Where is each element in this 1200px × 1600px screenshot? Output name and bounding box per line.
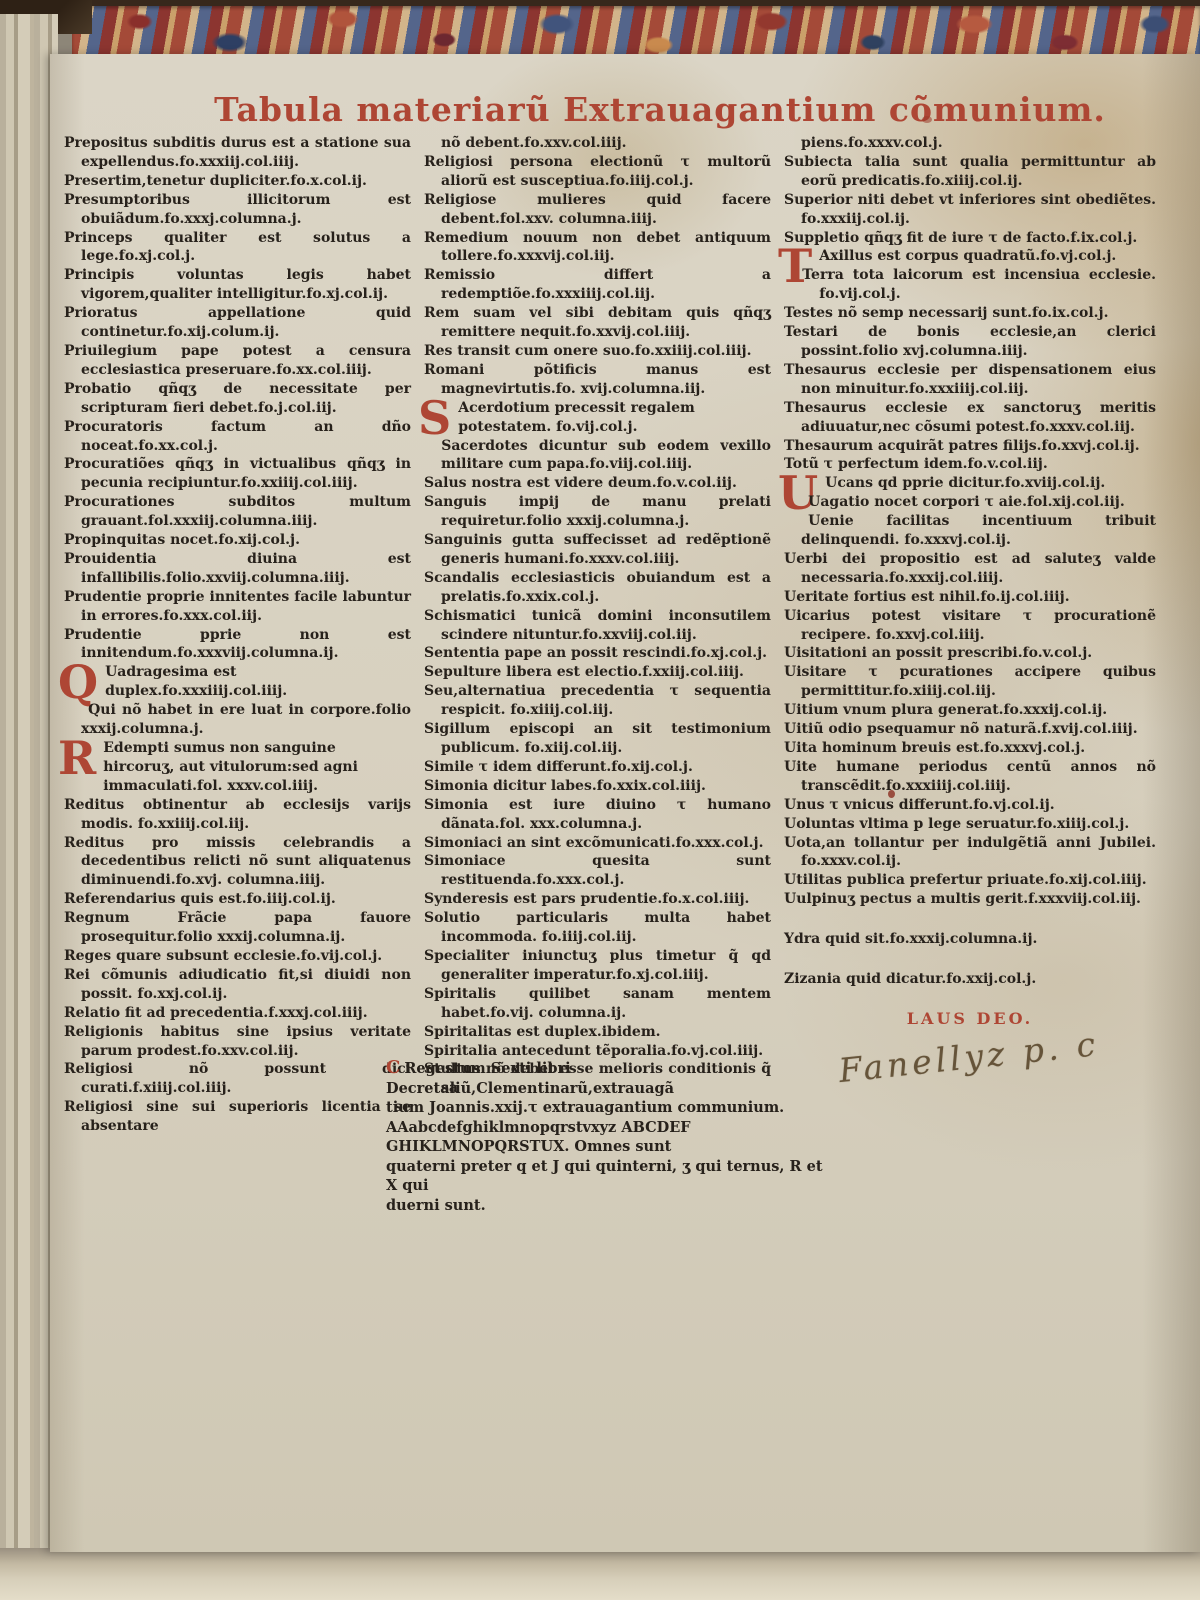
page-title: Tabula materiarũ Extrauagantium cõmunium… [50,90,1200,129]
index-entry: Testes nõ semp necessarij sunt.fo.ix.col… [784,304,1156,323]
index-entry: Simoniace quesita sunt restituenda.fo.xx… [424,852,771,890]
index-entry: Subiecta talia sunt qualia permittuntur … [784,153,1156,191]
index-entry: Ueritate fortius est nihil.fo.ij.col.iii… [784,588,1156,607]
index-entry: Religionis habitus sine ipsius veritate … [64,1023,411,1061]
page-fore-edges-bottom [0,1548,1200,1600]
index-entry: UUcans qd pprie dicitur.fo.xviij.col.ij. [784,474,1156,493]
index-entry: Romani põtificis manus est magnevirtutis… [424,361,771,399]
index-entry: Sepulture libera est electio.f.xxiij.col… [424,663,771,682]
index-entry: Simonia est iure diuino τ humano dãnata.… [424,796,771,834]
index-columns: Prepositus subditis durus est a statione… [64,134,1156,1136]
index-entry: Propinquitas nocet.fo.xij.col.j. [64,531,411,550]
index-entry: Suppletio qñqʒ fit de iure τ de facto.f.… [784,229,1156,248]
index-entry: Religiosi nõ possunt dici curati.f.xiiij… [64,1060,411,1098]
colophon-line: GHIKLMNOPQRSTUX. Omnes sunt [386,1137,824,1157]
index-entry: Thesaurum acquirãt patres filijs.fo.xxvj… [784,437,1156,456]
marbled-paper-edge [72,6,1200,58]
index-column: Prepositus subditis durus est a statione… [64,134,411,1136]
index-entry: Reges quare subsunt ecclesie.fo.vij.col.… [64,947,411,966]
index-entry: Uerbi dei propositio est ad saluteʒ vald… [784,550,1156,588]
index-entry: REdempti sumus non sanguine hircoruʒ, au… [64,739,411,796]
index-entry: Totũ τ perfectum idem.fo.v.col.iij. [784,455,1156,474]
index-entry: Simonia dicitur labes.fo.xxix.col.iiij. [424,777,771,796]
index-entry: TAxillus est corpus quadratũ.fo.vj.col.j… [784,247,1156,266]
index-entry: nõ debent.fo.xxv.col.iiij. [424,134,771,153]
index-entry: Uita hominum breuis est.fo.xxxvj.col.j. [784,739,1156,758]
book-page: Tabula materiarũ Extrauagantium cõmunium… [50,54,1200,1552]
index-entry: Regnum Frãcie papa fauore prosequitur.fo… [64,909,411,947]
index-entry: Prepositus subditis durus est a statione… [64,134,411,172]
index-entry: Simile τ idem differunt.fo.xij.col.j. [424,758,771,777]
index-entry: Referendarius quis est.fo.iiij.col.ij. [64,890,411,909]
index-entry: Schismatici tunicã domini inconsutilem s… [424,607,771,645]
colophon-line: quaterni preter q et J qui quinterni, ʒ … [386,1157,824,1196]
index-entry: Procurationes subditos multum grauant.fo… [64,493,411,531]
index-entry: Uota,an tollantur per indulgẽtiã anni Ju… [784,834,1156,872]
register-colophon: CRegestum Sexti libri Decretaliũ,Clement… [386,1058,824,1215]
index-entry: Sacerdotes dicuntur sub eodem vexillo mi… [424,437,771,475]
index-entry: Qui nõ habet in ere luat in corpore.foli… [64,701,411,739]
index-entry: Relatio fit ad precedentia.f.xxxj.col.ii… [64,1004,411,1023]
index-entry: Sanguinis gutta suffecisset ad redẽption… [424,531,771,569]
index-entry: Utilitas publica prefertur priuate.fo.xi… [784,871,1156,890]
colophon-line: duerni sunt. [386,1196,824,1216]
index-entry: Scandalis ecclesiasticis obuiandum est a… [424,569,771,607]
index-entry: Prudentie proprie innitentes facile labu… [64,588,411,626]
index-column: nõ debent.fo.xxv.col.iiij.Religiosi pers… [424,134,771,1136]
index-entry: Uoluntas vltima p lege seruatur.fo.xiiij… [784,815,1156,834]
index-entry: Sigillum episcopi an sit testimonium pub… [424,720,771,758]
index-entry: piens.fo.xxxv.col.j. [784,134,1156,153]
index-entry: Uite humane periodus centũ annos nõ tran… [784,758,1156,796]
index-entry: Priuilegium pape potest a censura eccles… [64,342,411,380]
index-entry: Uenie facilitas incentiuum tribuit delin… [784,512,1156,550]
index-entry: Procuratoris factum an dño noceat.fo.xx.… [64,418,411,456]
index-entry: Religiose mulieres quid facere debent.fo… [424,191,771,229]
book-photograph: Tabula materiarũ Extrauagantium cõmunium… [0,0,1200,1600]
index-entry: Uulpinuʒ pectus a multis gerit.f.xxxviij… [784,890,1156,909]
wormhole [166,402,175,413]
index-entry: Simoniaci an sint excõmunicati.fo.xxx.co… [424,834,771,853]
index-entry: Zizania quid dicatur.fo.xxij.col.j. [784,970,1156,989]
rubricated-initial: R [58,739,96,777]
index-entry: Religiosi sine sui superioris licentia s… [64,1098,411,1136]
rubricated-initial: S [418,399,451,437]
colophon-line: AAabcdefghiklmnopqrstvxyz ABCDEF [386,1118,824,1138]
index-entry: Thesaurus ecclesie ex sanctoruʒ meritis … [784,399,1156,437]
ink-speck [888,790,895,798]
index-entry: Probatio qñqʒ de necessitate per scriptu… [64,380,411,418]
index-entry: Procuratiões qñqʒ in victualibus qñqʒ in… [64,455,411,493]
index-entry: Ydra quid sit.fo.xxxij.columna.ij. [784,930,1156,949]
index-entry: Thesaurus ecclesie per dispensationem ei… [784,361,1156,399]
index-entry: Prudentie pprie non est innitendum.fo.xx… [64,626,411,664]
index-entry: Uicarius potest visitare τ procurationẽ … [784,607,1156,645]
index-entry: Solutio particularis multa habet incommo… [424,909,771,947]
index-entry: Salus nostra est videre deum.fo.v.col.ii… [424,474,771,493]
rubricated-paragraph-mark: C [386,1057,400,1078]
index-entry: Sententia pape an possit rescindi.fo.xj.… [424,644,771,663]
index-entry: Princeps qualiter est solutus a lege.fo.… [64,229,411,267]
index-entry: Prouidentia diuina est infallibilis.foli… [64,550,411,588]
index-entry: Uitiũ odio psequamur nõ naturã.f.xvij.co… [784,720,1156,739]
index-entry: Superior niti debet vt inferiores sint o… [784,191,1156,229]
index-entry: SAcerdotium precessit regalem potestatem… [424,399,771,437]
index-entry: Religiosi persona electionũ τ multorũ al… [424,153,771,191]
index-entry: Synderesis est pars prudentie.fo.x.col.i… [424,890,771,909]
index-entry: Remissio differt a redemptiõe.fo.xxxiiij… [424,266,771,304]
index-entry: Remedium nouum non debet antiquum toller… [424,229,771,267]
index-entry: Prioratus appellatione quid continetur.f… [64,304,411,342]
index-entry: Presumptoribus illicitorum est obuiãdum.… [64,191,411,229]
index-entry: Uisitare τ pcurationes accipere quibus p… [784,663,1156,701]
index-entry: QUadragesima est duplex.fo.xxxiiij.col.i… [64,663,411,701]
index-entry: Reditus obtinentur ab ecclesijs varijs m… [64,796,411,834]
colophon-line: CRegestum Sexti libri Decretaliũ,Clement… [386,1058,824,1098]
index-entry: Specialiter iniunctuʒ plus timetur q̃ qd… [424,947,771,985]
index-entry: Unus τ vnicus differunt.fo.vj.col.ij. [784,796,1156,815]
colophon-line: tium Joannis.xxij.τ extrauagantium commu… [386,1098,824,1118]
index-entry: Uitium vnum plura generat.fo.xxxij.col.i… [784,701,1156,720]
index-entry: Terra tota laicorum est incensiua eccles… [784,266,1156,304]
index-entry: Res transit cum onere suo.fo.xxiiij.col.… [424,342,771,361]
index-entry: Spiritalitas est duplex.ibidem. [424,1023,771,1042]
index-entry: Sanguis impij de manu prelati requiretur… [424,493,771,531]
index-entry: Seu,alternatiua precedentia τ sequentia … [424,682,771,720]
index-column: piens.fo.xxxv.col.j.Subiecta talia sunt … [784,134,1156,1136]
index-entry: Rem suam vel sibi debitam quis qñqʒ remi… [424,304,771,342]
index-entry: Uagatio nocet corpori τ aie.fol.xij.col.… [784,493,1156,512]
index-entry: Spiritalis quilibet sanam mentem habet.f… [424,985,771,1023]
rubricated-initial: Q [58,663,98,701]
index-entry: Principis voluntas legis habet vigorem,q… [64,266,411,304]
index-entry: Uisitationi an possit prescribi.fo.v.col… [784,644,1156,663]
index-entry: Presertim,tenetur dupliciter.fo.x.col.ij… [64,172,411,191]
index-entry: Testari de bonis ecclesie,an clerici pos… [784,323,1156,361]
index-entry: Reditus pro missis celebrandis a deceden… [64,834,411,891]
ink-speck [922,116,932,123]
index-entry: Rei cõmunis adiudicatio fit,si diuidi no… [64,966,411,1004]
